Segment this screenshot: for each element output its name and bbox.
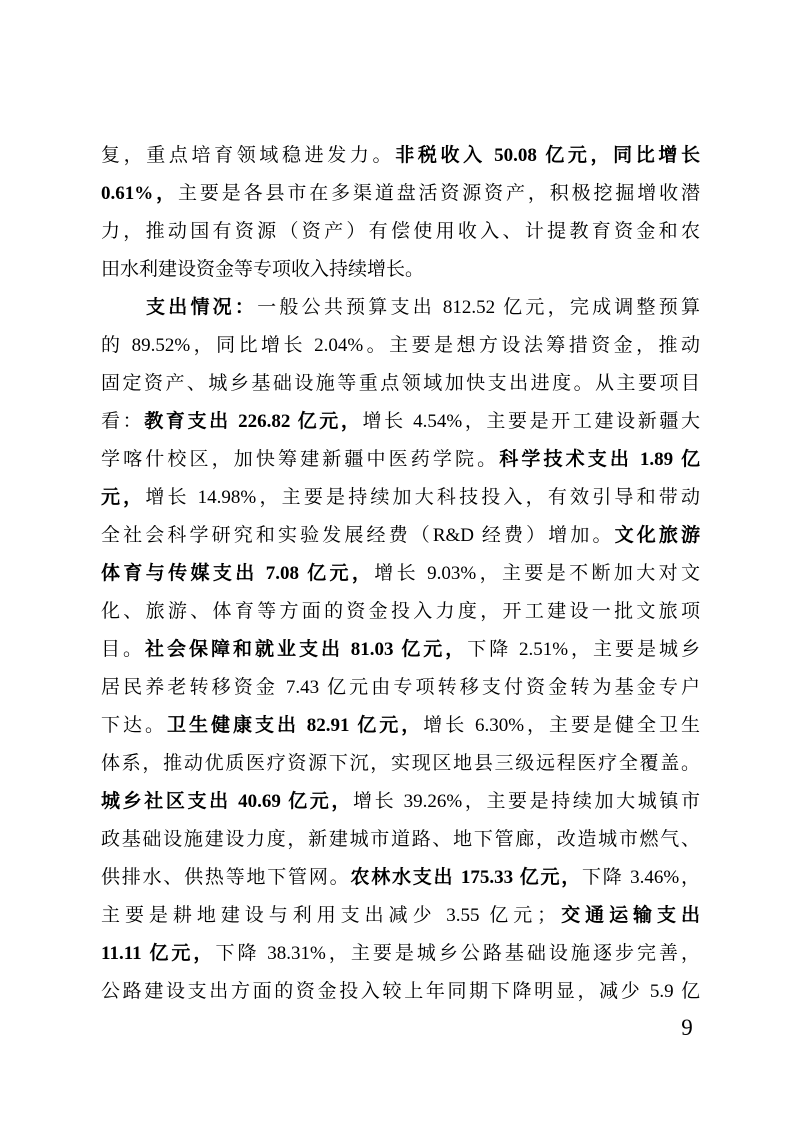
- body-text-run: 公路建设支出方面的资金投入较上年同期下降明显，减少 5.9 亿: [101, 981, 700, 1002]
- body-text-run: 增长 39.26%，主要是持续加大城镇市: [353, 791, 700, 812]
- body-text-run: 力，推动国有资源（资产）有偿使用收入、计提教育资金和农: [101, 221, 700, 242]
- body-text-run: 增长 9.03%，主要是不断加大对文: [374, 563, 700, 584]
- body-text-run: 看：: [101, 411, 144, 432]
- emphasis-text-run: 科学技术支出 1.89 亿: [499, 449, 700, 470]
- text-line: 体育与传媒支出 7.08 亿元，增长 9.03%，主要是不断加大对文: [101, 555, 700, 593]
- emphasis-text-run: 0.61%，: [101, 183, 178, 204]
- page-number: 9: [672, 1012, 702, 1044]
- emphasis-text-run: 11.11 亿元，: [101, 943, 215, 964]
- emphasis-text-run: 非税收入 50.08 亿元，同比增长: [395, 145, 700, 166]
- body-text-run: 下达。: [101, 715, 167, 736]
- body-text-run: 学喀什校区，加快筹建新疆中医药学院。: [101, 449, 499, 470]
- text-line: 主要是耕地建设与利用支出减少 3.55 亿元；交通运输支出: [101, 897, 700, 935]
- text-line: 元，增长 14.98%，主要是持续加大科技投入，有效引导和带动: [101, 479, 700, 517]
- text-line: 居民养老转移资金 7.43 亿元由专项转移支付资金转为基金专户: [101, 669, 700, 707]
- body-text-run: 田水利建设资金等专项收入持续增长。: [101, 259, 424, 280]
- body-text-run: 下降 2.51%，主要是城乡: [467, 639, 700, 660]
- body-text-run: 化、旅游、体育等方面的资金投入力度，开工建设一批文旅项: [101, 601, 700, 622]
- body-text-run: 下降 38.31%，主要是城乡公路基础设施逐步完善，: [215, 943, 700, 964]
- body-text-run: 供排水、供热等地下管网。: [101, 867, 350, 888]
- emphasis-text-run: 元，: [101, 487, 145, 508]
- body-text-run: 居民养老转移资金 7.43 亿元由专项转移支付资金转为基金专户: [101, 677, 700, 698]
- body-text-run: 下降 3.46%，: [582, 867, 700, 888]
- document-body: 复，重点培育领域稳进发力。非税收入 50.08 亿元，同比增长0.61%，主要是…: [101, 137, 700, 1011]
- text-line: 公路建设支出方面的资金投入较上年同期下降明显，减少 5.9 亿: [101, 973, 700, 1011]
- emphasis-text-run: 体育与传媒支出 7.08 亿元，: [101, 563, 374, 584]
- text-line: 政基础设施建设力度，新建城市道路、地下管廊，改造城市燃气、: [101, 821, 700, 859]
- text-line: 11.11 亿元，下降 38.31%，主要是城乡公路基础设施逐步完善，: [101, 935, 700, 973]
- text-line: 全社会科学研究和实验发展经费（R&D 经费）增加。文化旅游: [101, 517, 700, 555]
- text-line: 学喀什校区，加快筹建新疆中医药学院。科学技术支出 1.89 亿: [101, 441, 700, 479]
- body-text-run: 政基础设施建设力度，新建城市道路、地下管廊，改造城市燃气、: [101, 829, 700, 850]
- emphasis-text-run: 社会保障和就业支出 81.03 亿元，: [145, 639, 467, 660]
- emphasis-text-run: 教育支出 226.82 亿元，: [144, 411, 362, 432]
- document-page: 复，重点培育领域稳进发力。非税收入 50.08 亿元，同比增长0.61%，主要是…: [0, 0, 793, 1122]
- emphasis-text-run: 城乡社区支出 40.69 亿元，: [101, 791, 353, 812]
- text-line: 力，推动国有资源（资产）有偿使用收入、计提教育资金和农: [101, 213, 700, 251]
- text-line: 支出情况：一般公共预算支出 812.52 亿元，完成调整预算: [101, 289, 700, 327]
- emphasis-text-run: 卫生健康支出 82.91 亿元，: [167, 715, 423, 736]
- body-text-run: 主要是各县市在多渠道盘活资源资产，积极挖掘增收潜: [178, 183, 700, 204]
- body-text-run: 目。: [101, 639, 145, 660]
- text-line: 体系，推动优质医疗资源下沉，实现区地县三级远程医疗全覆盖。: [101, 745, 700, 783]
- text-line: 目。社会保障和就业支出 81.03 亿元，下降 2.51%，主要是城乡: [101, 631, 700, 669]
- text-line: 复，重点培育领域稳进发力。非税收入 50.08 亿元，同比增长: [101, 137, 700, 175]
- body-text-run: 全社会科学研究和实验发展经费（R&D 经费）增加。: [101, 525, 615, 546]
- body-text-run: 体系，推动优质医疗资源下沉，实现区地县三级远程医疗全覆盖。: [101, 753, 700, 774]
- emphasis-text-run: 支出情况：: [146, 297, 257, 318]
- body-text-run: 的 89.52%，同比增长 2.04%。主要是想方设法筹措资金，推动: [101, 335, 700, 356]
- text-line: 化、旅游、体育等方面的资金投入力度，开工建设一批文旅项: [101, 593, 700, 631]
- body-text-run: 增长 14.98%，主要是持续加大科技投入，有效引导和带动: [145, 487, 700, 508]
- text-line: 0.61%，主要是各县市在多渠道盘活资源资产，积极挖掘增收潜: [101, 175, 700, 213]
- body-text-run: 复，重点培育领域稳进发力。: [101, 145, 395, 166]
- body-text-run: 主要是耕地建设与利用支出减少 3.55 亿元；: [101, 905, 556, 926]
- body-text-run: 增长 4.54%，主要是开工建设新疆大: [363, 411, 700, 432]
- text-line: 下达。卫生健康支出 82.91 亿元，增长 6.30%，主要是健全卫生: [101, 707, 700, 745]
- text-line: 城乡社区支出 40.69 亿元，增长 39.26%，主要是持续加大城镇市: [101, 783, 700, 821]
- body-text-run: 固定资产、城乡基础设施等重点领域加快支出进度。从主要项目: [101, 373, 700, 394]
- body-text-run: 一般公共预算支出 812.52 亿元，完成调整预算: [257, 297, 700, 318]
- text-line: 看：教育支出 226.82 亿元，增长 4.54%，主要是开工建设新疆大: [101, 403, 700, 441]
- text-line: 供排水、供热等地下管网。农林水支出 175.33 亿元，下降 3.46%，: [101, 859, 700, 897]
- text-line: 的 89.52%，同比增长 2.04%。主要是想方设法筹措资金，推动: [101, 327, 700, 365]
- text-line: 田水利建设资金等专项收入持续增长。: [101, 251, 700, 289]
- emphasis-text-run: 农林水支出 175.33 亿元，: [350, 867, 582, 888]
- text-line: 固定资产、城乡基础设施等重点领域加快支出进度。从主要项目: [101, 365, 700, 403]
- emphasis-text-run: 文化旅游: [615, 525, 700, 546]
- body-text-run: 增长 6.30%，主要是健全卫生: [423, 715, 700, 736]
- emphasis-text-run: 交通运输支出: [556, 905, 700, 926]
